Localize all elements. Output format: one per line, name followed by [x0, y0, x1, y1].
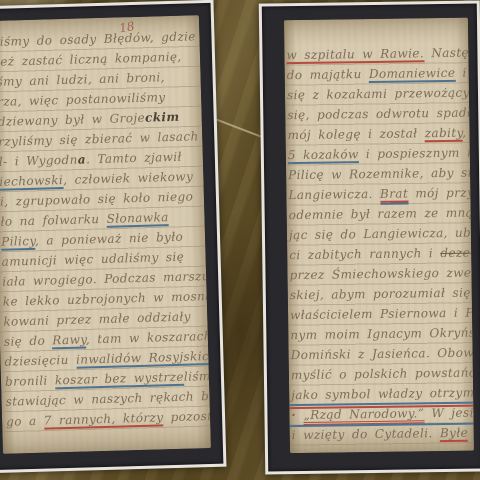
- text-line: się, podczas odwrotu spadł z: [287, 104, 469, 127]
- text-line: odemnie był razem ze mną Boles: [289, 204, 471, 227]
- underlined-text: Rawy: [52, 332, 86, 349]
- text-segment: liśmy: [184, 369, 211, 384]
- text-segment: nym moim Ignacym Okryńsk: [290, 325, 474, 342]
- text-segment: rzyliśmy się zbierać w lasach: [0, 129, 199, 149]
- manuscript-paper-right: w szpitalu w Rawie. Następniedo majątku …: [284, 18, 474, 454]
- manuscript-frame-left: 18 liśmy do osady Błędów, gdzieież zasta…: [0, 0, 226, 473]
- text-segment: stawiając w naszych rękach broń: [5, 388, 211, 408]
- text-line: się z kozakami przewożącymi: [287, 84, 469, 107]
- underlined-text: Pilicy: [1, 234, 35, 251]
- manuscript-paper-left: 18 liśmy do osady Błędów, gdzieież zasta…: [0, 15, 211, 454]
- text-segment: W jesieni Pa: [424, 405, 474, 420]
- text-segment: ckim: [145, 110, 180, 125]
- manuscript-frame-right: w szpitalu w Rawie. Następniedo majątku …: [259, 0, 480, 474]
- underlined-text: „Rząd Narodowy.”: [304, 406, 425, 425]
- underlined-text: koszar bez wystrze: [55, 370, 184, 390]
- text-segment: Langiewicza.: [288, 187, 380, 202]
- underlined-text: Byłe: [440, 426, 468, 442]
- text-line: właścicielem Psiernowa i Podwil: [290, 304, 472, 327]
- text-segment: myślić o polskich powstańc: [291, 366, 474, 383]
- text-segment: przez Śmiechowskiego zwerbowa: [289, 265, 474, 282]
- underlined-text: Słonawka: [106, 210, 169, 228]
- text-segment: , człowiek wiekowy: [63, 169, 193, 187]
- text-segment: pozostali: [163, 409, 211, 425]
- text-segment: ·: [291, 408, 303, 422]
- text-segment: dziesięciu: [4, 353, 76, 369]
- text-segment: , tam w koszarach: [86, 329, 211, 347]
- text-segment: do majątku: [287, 67, 369, 82]
- text-line: skiej, abym porozumiał się z O: [290, 284, 472, 307]
- text-segment: ke lekko uzbrojonych w mosna-: [3, 289, 211, 309]
- text-segment: się, podczas odwrotu spadł z: [287, 105, 474, 122]
- text-segment: amunicji więc udaliśmy się: [1, 250, 184, 269]
- text-segment: ło na folwarku: [0, 212, 106, 229]
- text-segment: jako symbol władzy otrzymałem: [291, 385, 474, 402]
- text-line: Domiński z Jasieńca. Obowiązki: [291, 344, 473, 367]
- text-line: jako symbol władzy otrzymałem: [291, 384, 473, 407]
- text-segment: go a: [6, 414, 44, 429]
- text-line: w szpitalu w Rawie. Następnie: [286, 44, 468, 67]
- underlined-text: zabity: [425, 126, 463, 143]
- underlined-text: Domaniewice: [369, 66, 456, 83]
- text-segment: właścicielem Psiernowa i Podwil: [290, 305, 474, 322]
- text-segment: dezerter: [440, 245, 474, 260]
- handwritten-text-block-right: w szpitalu w Rawie. Następniedo majątku …: [284, 44, 474, 447]
- underlined-text: 5 kozaków: [288, 147, 359, 164]
- text-line: jąc się do Langiewicza, ubyło n: [289, 224, 471, 247]
- text-segment: Następnie: [424, 45, 474, 60]
- text-segment: wyjn: [468, 425, 474, 440]
- text-line: mój kolegę i został zabity, my: [287, 124, 469, 147]
- text-line: ci zabitych rannych i dezerter: [289, 244, 471, 267]
- text-segment: mój przy: [408, 186, 474, 201]
- text-segment: iała wrogiego. Podczas marszu-: [2, 269, 211, 289]
- text-segment: mój kolegę i został: [287, 126, 424, 142]
- text-segment: liśmy do osady Błędów, gdzie: [0, 29, 196, 49]
- text-line: go a 7 rannych, którzy pozostali: [6, 407, 210, 433]
- text-line: Pilicę w Rozemnike, aby się: [288, 164, 470, 187]
- text-segment: i połą: [455, 65, 474, 80]
- text-line: nym moim Ignacym Okryńsk: [290, 324, 472, 347]
- text-line: Langiewicza. Brat mój przy: [288, 184, 470, 207]
- text-segment: i wzięty do Cytadeli.: [292, 426, 440, 442]
- text-segment: jąc się do Langiewicza, ubyło n: [289, 225, 474, 242]
- text-line: · „Rząd Narodowy.” W jesieni Pa: [291, 404, 473, 427]
- text-segment: i pospiesznym mar: [359, 145, 474, 161]
- text-segment: kowani przez małe oddziały: [3, 310, 191, 329]
- photo-background: 18 liśmy do osady Błędów, gdzieież zasta…: [0, 0, 480, 480]
- text-segment: . Tamto zjawił: [86, 150, 182, 167]
- text-segment: bronili: [5, 373, 55, 388]
- text-segment: dziewany był w Groje: [0, 111, 145, 129]
- underlined-text: inwalidów Rosyjskich: [76, 349, 211, 369]
- text-segment: się z kozakami przewożącymi: [287, 85, 474, 102]
- text-segment: , my: [462, 125, 474, 139]
- text-segment: , a ponieważ nie było: [35, 230, 184, 248]
- text-line: do majątku Domaniewice i połą: [287, 64, 469, 87]
- text-line: 5 kozaków i pospiesznym mar: [288, 144, 470, 167]
- text-segment: odemnie był razem ze mną: [289, 205, 474, 222]
- text-segment: Domiński z Jasieńca. Obowiązki: [291, 345, 474, 362]
- underlined-text: w szpitalu w Rawie.: [286, 46, 424, 64]
- text-segment: i, zgrupowało się koło niego: [0, 189, 193, 208]
- underlined-text: Brat: [380, 186, 408, 202]
- text-segment: skiej, abym porozumiał się z O: [290, 285, 474, 302]
- underlined-text: iechowski: [0, 173, 63, 191]
- underlined-text: 7 rannych, którzy: [44, 410, 164, 429]
- text-line: i wzięty do Cytadeli. Byłe wyjn: [292, 424, 474, 447]
- text-segment: ież zastać liczną kompanię,: [0, 50, 182, 69]
- text-segment: rza, więc postanowiliśmy: [0, 90, 166, 109]
- text-segment: śmy ani ludzi, ani broni,: [0, 70, 165, 89]
- text-segment: się do: [4, 333, 53, 348]
- text-segment: Pilicę w Rozemnike, aby się: [288, 166, 474, 183]
- text-line: przez Śmiechowskiego zwerbowa: [289, 264, 471, 287]
- text-segment: ci zabitych rannych i: [289, 246, 440, 262]
- text-segment: l- i Wygodn: [0, 153, 78, 169]
- text-line: myślić o polskich powstańc: [291, 364, 473, 387]
- handwritten-text-block-left: liśmy do osady Błędów, gdzieież zastać l…: [0, 27, 210, 433]
